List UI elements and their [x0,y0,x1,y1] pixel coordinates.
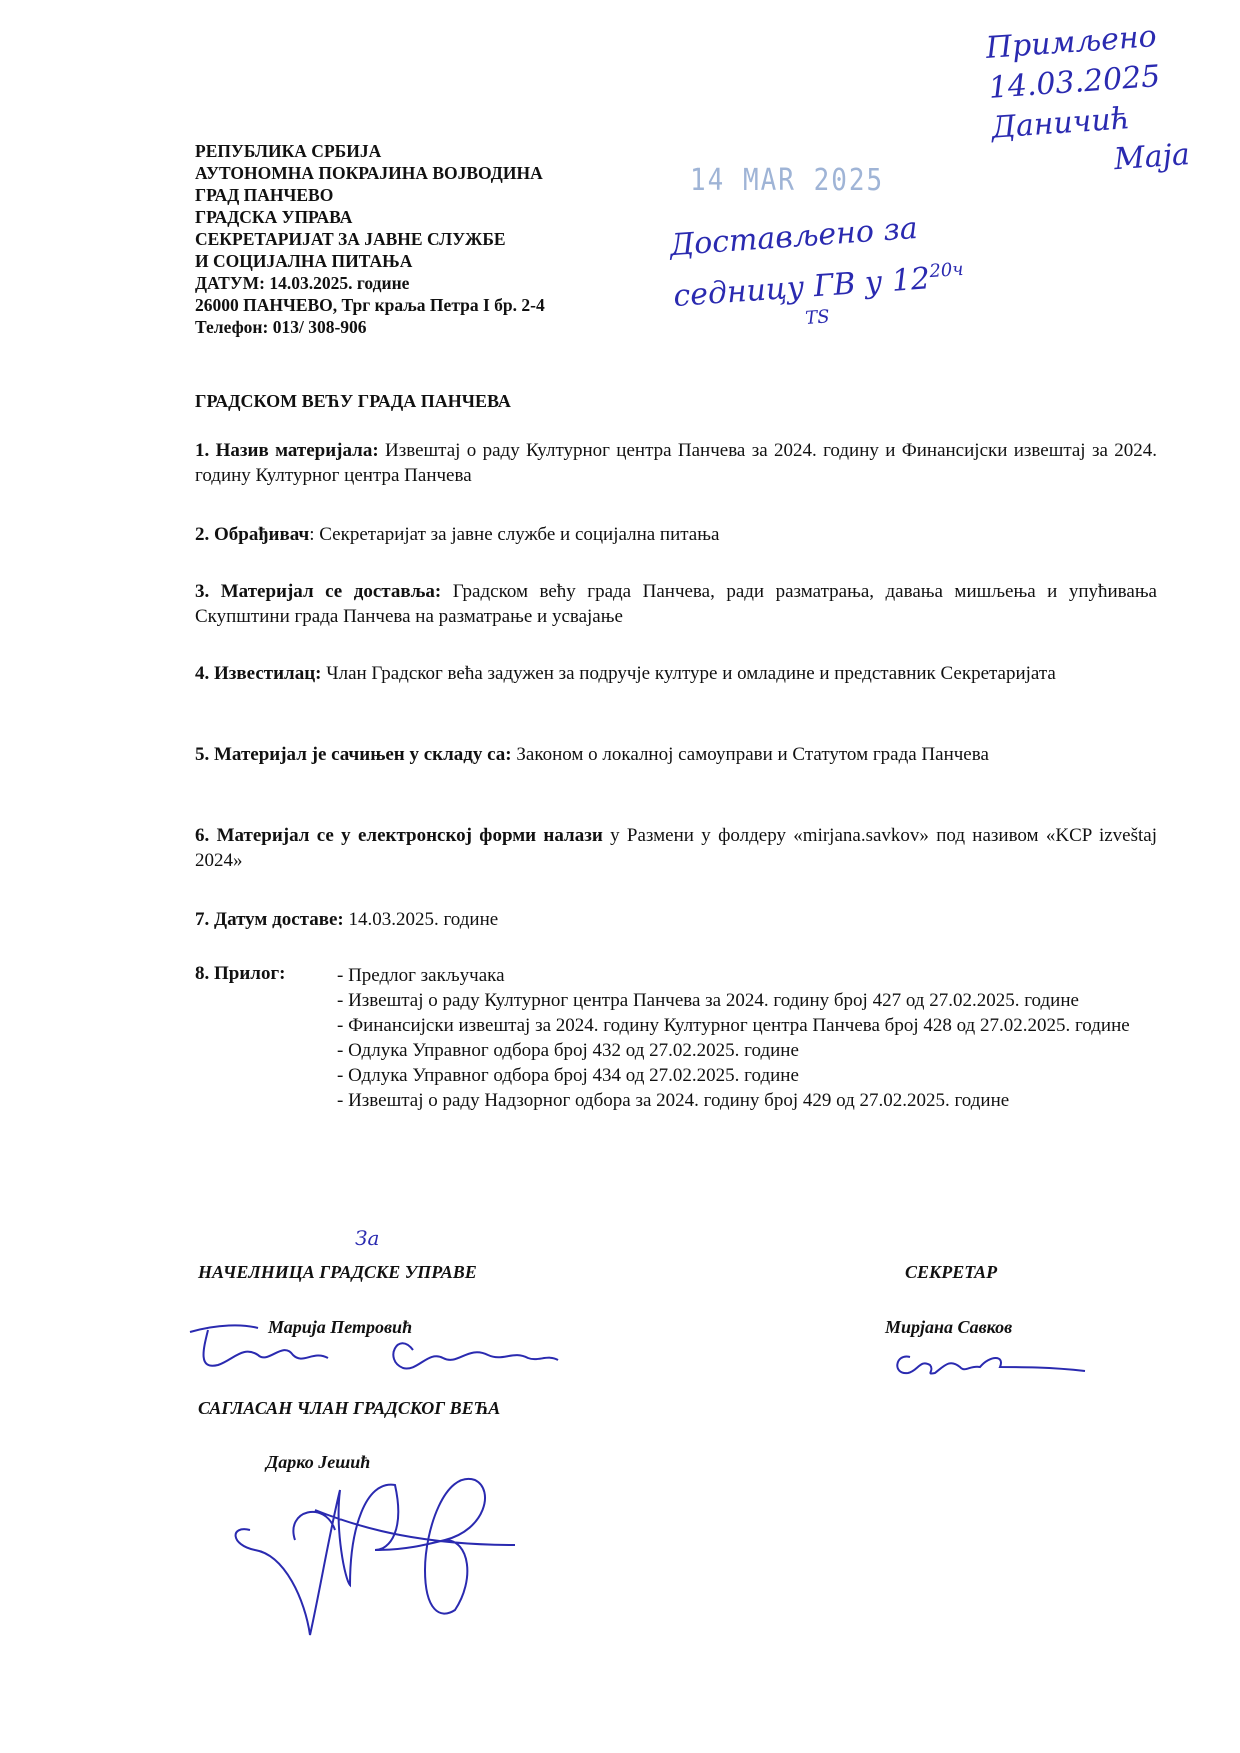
item-processor: 2. Обрађивач: Секретаријат за јавне служ… [195,522,1157,547]
attachment-item: - Одлука Управног одбора број 432 од 27.… [337,1038,1157,1063]
item-material-name: 1. Назив материјала: Извештај о раду Кул… [195,438,1157,488]
header-line-secretariat: СЕКРЕТАРИЈАТ ЗА ЈАВНЕ СЛУЖБЕ [195,228,545,250]
attachment-item: - Извештај о раду Културног центра Панче… [337,988,1157,1013]
item-delivery-date: 7. Датум доставе: 14.03.2025. године [195,907,1157,932]
handwritten-on-behalf-note: За [355,1226,379,1250]
attachment-item: - Одлука Управног одбора број 434 од 27.… [337,1063,1157,1088]
secretary-title: СЕКРЕТАР [905,1262,997,1283]
item-delivered-to: 3. Материјал се доставља: Градском већу … [195,579,1157,629]
header-line-administration: ГРАДСКА УПРАВА [195,206,545,228]
member-title: САГЛАСАН ЧЛАН ГРАДСКОГ ВЕЋА [198,1398,500,1419]
item-legal-basis: 5. Материјал је сачињен у складу са: Зак… [195,742,1157,767]
header-line-address: 26000 ПАНЧЕВО, Трг краља Петра I бр. 2-4 [195,294,545,316]
attachment-item: - Извештај о раду Надзорног одбора за 20… [337,1088,1157,1113]
addressee: ГРАДСКОМ ВЕЋУ ГРАДА ПАНЧЕВА [195,391,511,412]
header-line-province: АУТОНОМНА ПОКРАЈИНА ВОЈВОДИНА [195,162,545,184]
attachment-item: - Предлог закључака [337,963,1157,988]
attachments-list: - Предлог закључака - Извештај о раду Ку… [337,963,1157,1113]
attachment-item: - Финансијски извештај за 2024. годину К… [337,1013,1157,1038]
header-line-secretariat-cont: И СОЦИЈАЛНА ПИТАЊА [195,250,545,272]
header-line-city: ГРАД ПАНЧЕВО [195,184,545,206]
document-header: РЕПУБЛИКА СРБИЈА АУТОНОМНА ПОКРАЈИНА ВОЈ… [195,140,545,338]
handwritten-received-note: Примљено 14.03.2025 Даничић Маја [985,15,1191,188]
head-signature-icon [188,1320,588,1380]
secretary-signature-icon [890,1345,1090,1385]
member-signature-icon [225,1470,545,1670]
header-line-phone: Телефон: 013/ 308-906 [195,316,545,338]
item-electronic-location: 6. Материјал се у електронској форми нал… [195,823,1157,873]
head-title: НАЧЕЛНИЦА ГРАДСКЕ УПРАВЕ [198,1262,477,1283]
secretary-name: Мирјана Савков [885,1317,1012,1338]
handwritten-delivery-note: Достављено за седницу ГВ у 1220ч ТS [668,204,966,337]
received-stamp: 14 MAR 2025 [690,164,884,199]
attachments-label: 8. Прилог: [195,963,285,985]
item-reporter: 4. Известилац: Члан Градског већа задуже… [195,661,1157,686]
header-line-date: ДАТУМ: 14.03.2025. године [195,272,545,294]
header-line-republic: РЕПУБЛИКА СРБИЈА [195,140,545,162]
handwritten-line: Маја [1113,135,1191,180]
